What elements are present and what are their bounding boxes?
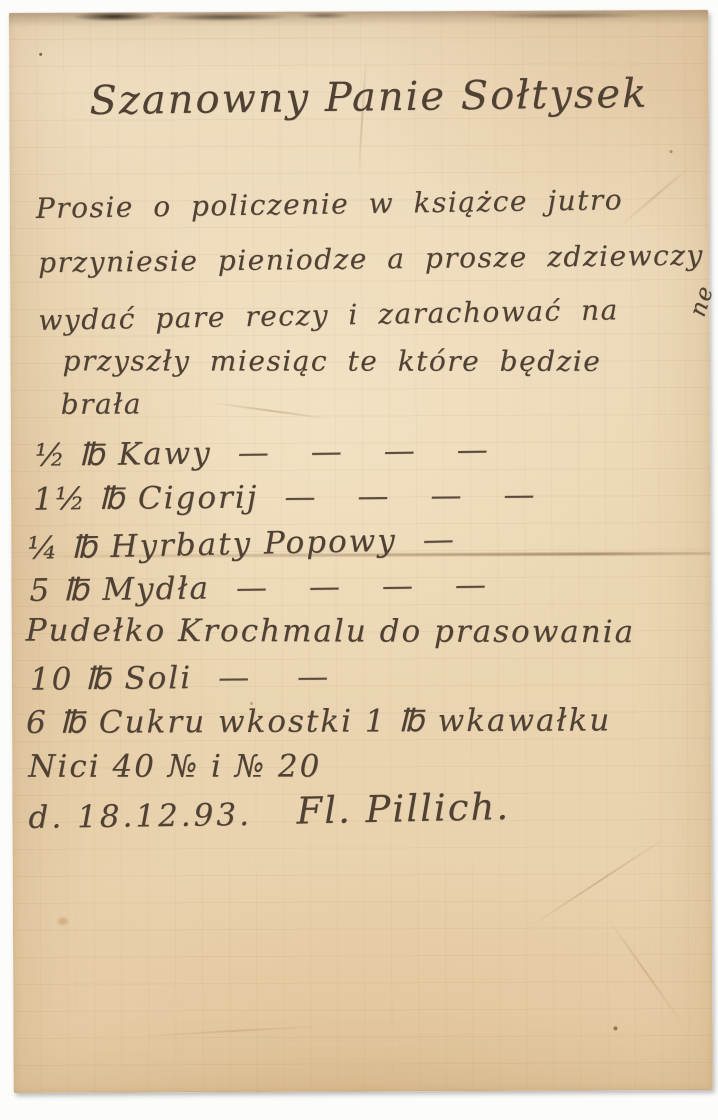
ink-speck (39, 53, 42, 56)
list-item: Pudełko Krochmalu do prasowania (26, 609, 700, 656)
item-text: 6 ℔ Cukru wkostki 1 ℔ wkawałku (26, 698, 611, 746)
paper-sheet: Szanowny Panie Sołtysek Prosie o policze… (9, 10, 713, 1093)
scan-edge-smudge (9, 10, 708, 31)
list-item: Nici 40 № i № 20 (28, 744, 700, 790)
body-line-5: brała (61, 387, 142, 420)
signature: Fl. Pillich. (296, 785, 510, 833)
list-item: ½ ℔ Kawy — — — — (35, 425, 700, 479)
date: d. 18.12.93. (28, 797, 252, 836)
paper-stain (58, 918, 68, 925)
item-dashes: — — — — (237, 428, 488, 476)
item-text: Pudełko Krochmalu do prasowania (26, 609, 636, 656)
ink-speck (670, 150, 673, 153)
salutation: Szanowny Panie Sołtysek (89, 71, 649, 124)
item-dashes: — — — — (236, 563, 487, 611)
item-text: 5 ℔ Mydła (29, 566, 210, 613)
list-item: 6 ℔ Cukru wkostki 1 ℔ wkawałku (26, 698, 700, 746)
item-dashes: — (422, 516, 513, 563)
shopping-list: ½ ℔ Kawy — — — — 1½ ℔ Cigorij — — — — ¼ … (27, 428, 701, 791)
item-dashes: — — (218, 655, 328, 701)
item-text: Nici 40 № i № 20 (28, 744, 321, 789)
item-dashes: — — — — (284, 473, 534, 520)
list-item: 10 ℔ Soli — — (30, 651, 700, 702)
ink-speck (613, 1026, 617, 1030)
body-line-4: przyszły miesiąc te które będzie (63, 344, 602, 377)
list-item: 5 ℔ Mydła — — — — (29, 560, 700, 614)
item-text: 1½ ℔ Cigorij (33, 475, 259, 522)
scanned-letter: Szanowny Panie Sołtysek Prosie o policze… (0, 0, 718, 1120)
item-text: ½ ℔ Kawy (35, 431, 212, 478)
item-text: 10 ℔ Soli (30, 656, 193, 703)
